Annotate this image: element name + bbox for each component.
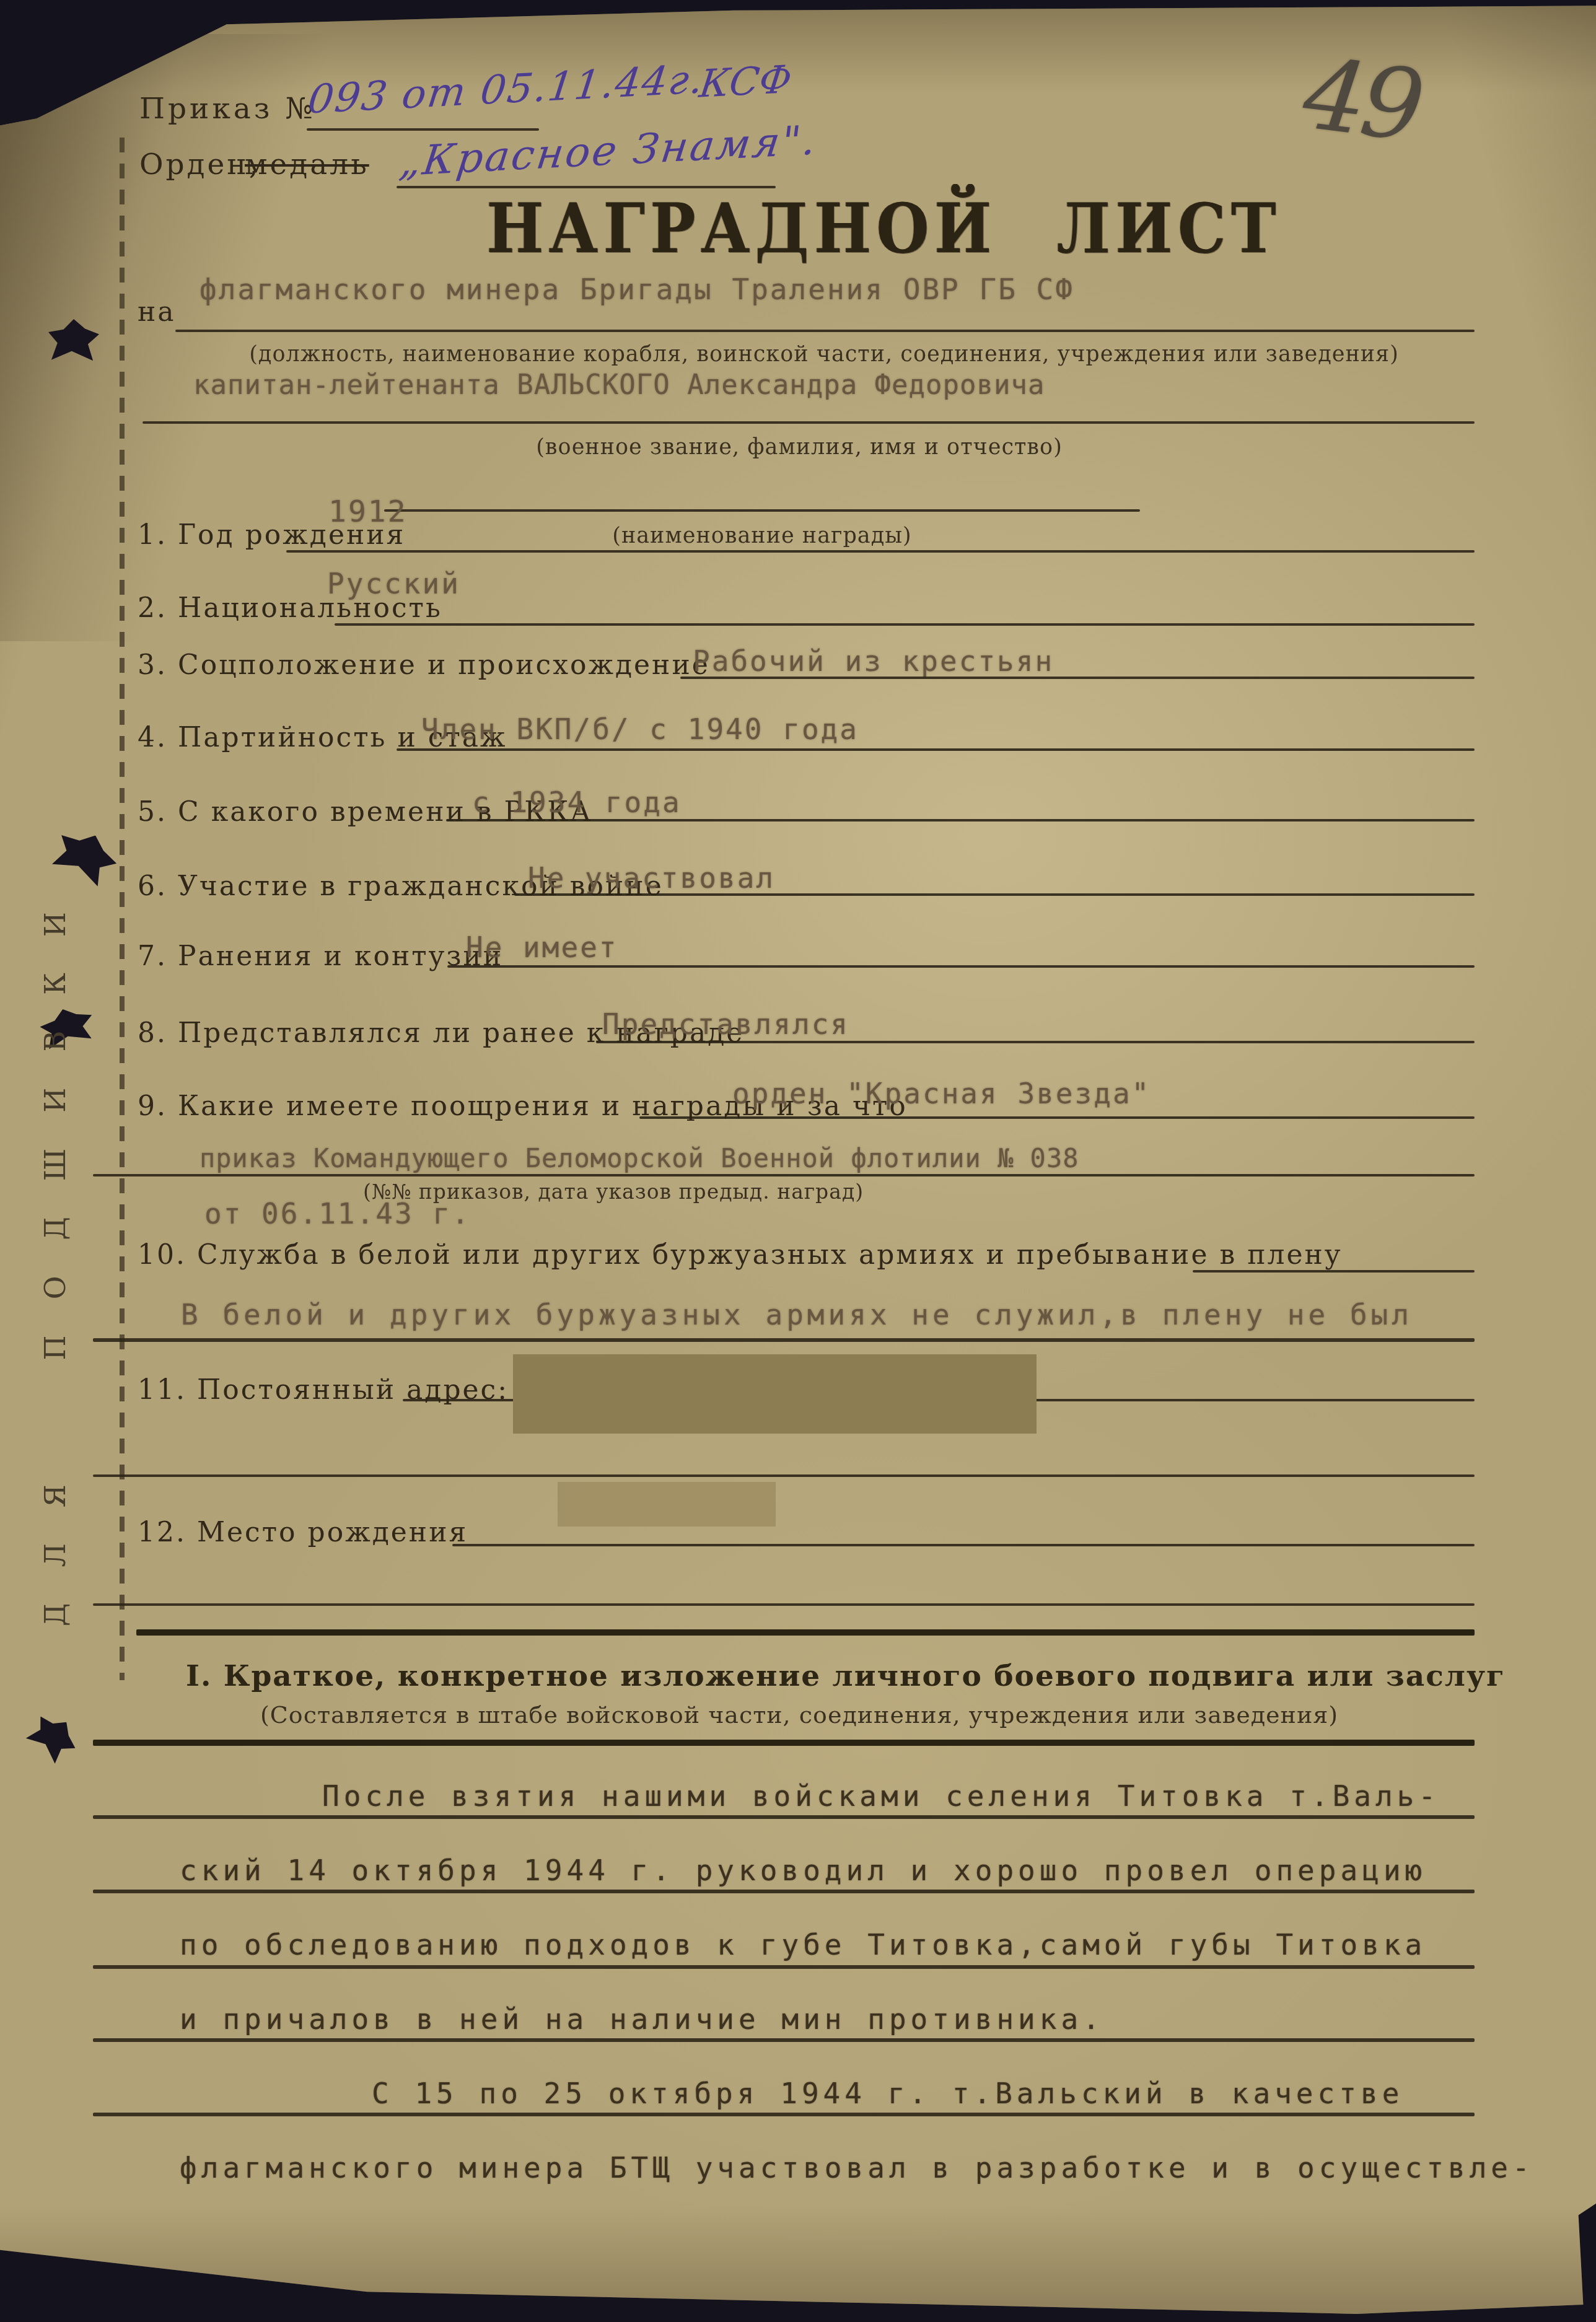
section-divider-top xyxy=(136,1629,1475,1636)
field-12-label: 12. Место рождения xyxy=(138,1517,468,1548)
citation-rule xyxy=(93,2113,1475,2116)
field-6-underline xyxy=(514,893,1475,896)
field-10-answer: В белой и других буржуазных армиях не сл… xyxy=(181,1298,1413,1331)
punch-hole xyxy=(22,1707,85,1768)
citation-line: по обследованию подходов к губе Титовка,… xyxy=(180,1928,1426,1961)
citation-rule xyxy=(93,1815,1475,1819)
section-subheading: (Составляется в штабе войсковой части, с… xyxy=(260,1701,1338,1728)
order-fleet-handwritten: КСФ xyxy=(697,56,794,107)
field-7-underline xyxy=(447,965,1475,968)
redaction-bar-address xyxy=(513,1354,1037,1434)
field-8-underline xyxy=(596,1041,1475,1043)
order-underline xyxy=(307,128,539,131)
position-caption: (должность, наименование корабля, воинск… xyxy=(249,342,1399,367)
document-title: НАГРАДНОЙ ЛИСТ xyxy=(486,189,1281,269)
field-7-value: Не имеет xyxy=(466,931,618,964)
citation-line: С 15 по 25 октября 1944 г. т.Вальский в … xyxy=(372,2077,1403,2110)
field-3-value: Рабочий из крестьян xyxy=(693,644,1054,678)
field-9-value-line2: приказ Командующего Беломорской Военной … xyxy=(199,1143,1079,1173)
field-9-value: орден "Красная Звезда" xyxy=(732,1077,1151,1110)
name-underline xyxy=(142,421,1475,424)
binding-margin-text: ДЛЯ ПОДШИВКИ xyxy=(38,740,107,1626)
field-9-underline xyxy=(639,1116,1475,1119)
field-2-value: Русский xyxy=(327,567,460,600)
field-2-underline xyxy=(335,623,1475,626)
section-heading: I. Краткое, конкретное изложение личного… xyxy=(186,1659,1506,1693)
field-3-label: 3. Соцположение и происхождение xyxy=(138,649,710,681)
field-10-label: 10. Служба в белой или других буржуазных… xyxy=(138,1239,1343,1271)
field-12-underline-2 xyxy=(93,1603,1475,1606)
citation-rule xyxy=(93,1890,1475,1893)
award-name-underline xyxy=(384,509,1140,512)
perforation-line xyxy=(120,138,125,1680)
position-value: флагманского минера Бригады Траления ОВР… xyxy=(199,273,1074,306)
field-10-answer-underline xyxy=(93,1338,1475,1342)
citation-line: После взятия нашими войсками селения Тит… xyxy=(322,1779,1440,1813)
section-divider-bottom xyxy=(93,1740,1475,1746)
citation-rule xyxy=(93,1965,1475,1969)
field-1-value: 1912 xyxy=(328,494,408,529)
name-caption: (военное звание, фамилия, имя и отчество… xyxy=(536,435,1063,460)
award-name-caption: (наименование награды) xyxy=(612,524,911,548)
scan-background: { "page_number": "49", "margin_text": "Д… xyxy=(0,0,1596,2322)
field-1-underline xyxy=(286,550,1475,553)
field-10-underline xyxy=(1193,1270,1475,1273)
award-label: Орден, xyxy=(139,147,261,182)
page-number: 49 xyxy=(1297,37,1425,164)
citation-line: флагманского минера БТЩ участвовал в раз… xyxy=(180,2151,1534,2184)
position-underline xyxy=(175,330,1475,332)
field-9-underline-2 xyxy=(93,1174,1475,1176)
field-4-underline xyxy=(397,748,1475,751)
award-label-struck: медаль xyxy=(245,147,369,182)
field-12-underline xyxy=(452,1544,1475,1546)
citation-rule xyxy=(93,2038,1475,2042)
order-label: Приказ № xyxy=(139,92,316,126)
punch-hole xyxy=(48,319,99,362)
field-6-value: Не участвовал xyxy=(528,861,775,895)
field-8-value: Представлялся xyxy=(602,1007,849,1041)
na-label: на xyxy=(138,296,176,328)
field-9-value-line3: от 06.11.43 г. xyxy=(204,1197,471,1230)
redaction-patch-small xyxy=(558,1482,776,1527)
order-value-handwritten: 093 от 05.11.44г. xyxy=(305,56,707,123)
name-value: капитан-лейтенанта ВАЛЬСКОГО Александра … xyxy=(193,369,1045,401)
award-value-handwritten: „Красное Знамя". xyxy=(397,116,821,186)
field-4-value: Член ВКП/б/ с 1940 года xyxy=(421,712,859,746)
field-11-underline-2 xyxy=(93,1474,1475,1477)
citation-line: и причалов в ней на наличие мин противни… xyxy=(180,2002,1104,2036)
paper-sheet: ДЛЯ ПОДШИВКИ 49 Приказ № 093 от 05.11.44… xyxy=(0,0,1596,2322)
citation-line: ский 14 октября 1944 г. руководил и хоро… xyxy=(180,1854,1426,1887)
field-5-underline xyxy=(446,819,1475,821)
award-underline xyxy=(397,186,776,188)
field-5-value: с 1934 года xyxy=(472,786,682,819)
field-3-underline xyxy=(680,677,1475,679)
